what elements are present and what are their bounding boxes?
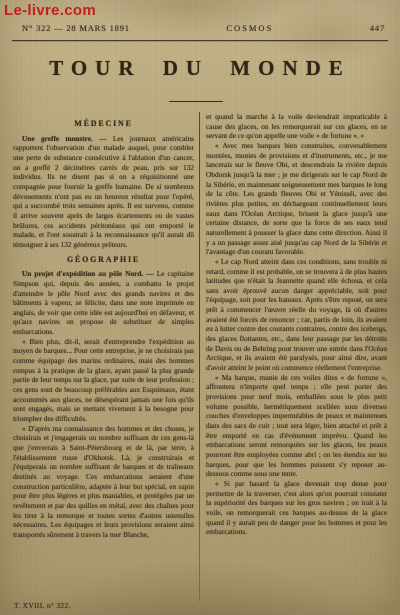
watermark: Le-livre.com bbox=[4, 2, 96, 19]
paragraph: « D'après ma connaissance des hommes et … bbox=[13, 424, 194, 540]
header-rule bbox=[12, 40, 388, 41]
paragraph: et quand la marche à la voile deviendrai… bbox=[206, 112, 387, 141]
section-heading-geographie: GÉOGRAPHIE bbox=[13, 255, 194, 265]
page-header: N° 322 — 28 MARS 1891 COSMOS 447 bbox=[22, 23, 385, 33]
paragraph-greffe: Une greffe monstre. — Les journaux améri… bbox=[13, 134, 194, 250]
paragraph-lead: Une greffe monstre. — bbox=[22, 134, 113, 143]
left-column: MÉDECINE Une greffe monstre. — Les journ… bbox=[13, 112, 199, 601]
section-heading-medecine: MÉDECINE bbox=[13, 119, 194, 129]
text-columns: MÉDECINE Une greffe monstre. — Les journ… bbox=[13, 112, 387, 601]
article-title: TOUR DU MONDE bbox=[0, 56, 400, 81]
paragraph: « Bien plus, dit-il, serait d'entreprend… bbox=[13, 337, 194, 424]
paragraph-expedition: Un projet d'expédition au pôle Nord. — L… bbox=[13, 269, 194, 337]
paragraph-lead: Un projet d'expédition au pôle Nord. — bbox=[22, 269, 157, 278]
title-rule bbox=[169, 101, 223, 102]
paragraph: « Ma barque, munie de ces voiles dites «… bbox=[206, 373, 387, 479]
paragraph: « Le cap Nord atteint dans ces condition… bbox=[206, 257, 387, 373]
paragraph-body: Le capitaine Simpson qui, depuis des ann… bbox=[13, 269, 194, 336]
right-column: et quand la marche à la voile deviendrai… bbox=[200, 112, 387, 601]
paragraph: « Avec mes barques bien construites, con… bbox=[206, 141, 387, 257]
paragraph-body: Les journaux américains rapportent l'obs… bbox=[13, 134, 194, 249]
paragraph: « Si par hasard la glace devenait trop d… bbox=[206, 479, 387, 537]
scanned-journal-page: Le-livre.com N° 322 — 28 MARS 1891 COSMO… bbox=[0, 0, 400, 615]
issue-and-date: N° 322 — 28 MARS 1891 bbox=[22, 23, 130, 33]
journal-name: COSMOS bbox=[226, 23, 273, 33]
page-number: 447 bbox=[370, 23, 385, 33]
tome-signature: T. XVIII, n° 322. bbox=[14, 601, 71, 610]
